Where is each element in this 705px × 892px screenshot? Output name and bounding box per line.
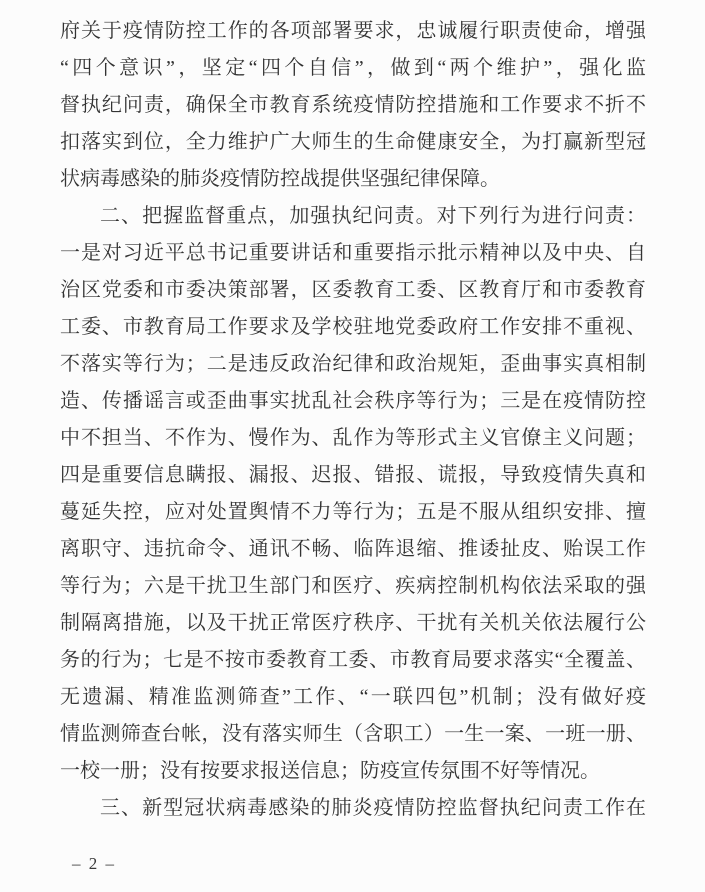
- text-line: 离职守、违抗命令、通讯不畅、临阵退缩、推诿扯皮、贻误工作: [60, 531, 646, 568]
- text-line: 治区党委和市委决策部署，区委教育工委、区教育厅和市委教育: [60, 272, 646, 309]
- text-line: “四个意识”，坚定“四个自信”，做到“两个维护”，强化监: [60, 50, 646, 87]
- text-line: 督执纪问责，确保全市教育系统疫情防控措施和工作要求不折不: [60, 87, 646, 124]
- document-body: 府关于疫情防控工作的各项部署要求，忠诚履行职责使命，增强 “四个意识”，坚定“四…: [60, 13, 646, 827]
- text-line: 中不担当、不作为、慢作为、乱作为等形式主义官僚主义问题；: [60, 420, 646, 457]
- text-line: 制隔离措施，以及干扰正常医疗秩序、干扰有关机关依法履行公: [60, 605, 646, 642]
- text-line: 一校一册；没有按要求报送信息；防疫宣传氛围不好等情况。: [60, 753, 646, 790]
- text-line: 四是重要信息瞒报、漏报、迟报、错报、谎报，导致疫情失真和: [60, 457, 646, 494]
- text-line-paragraph-start: 三、新型冠状病毒感染的肺炎疫情防控监督执纪问责工作在: [60, 790, 646, 827]
- text-line: 扣落实到位，全力维护广大师生的生命健康安全，为打赢新型冠: [60, 124, 646, 161]
- text-line: 情监测筛查台帐，没有落实师生（含职工）一生一案、一班一册、: [60, 716, 646, 753]
- document-page: 府关于疫情防控工作的各项部署要求，忠诚履行职责使命，增强 “四个意识”，坚定“四…: [0, 0, 705, 892]
- text-line: 一是对习近平总书记重要讲话和重要指示批示精神以及中央、自: [60, 235, 646, 272]
- text-line: 造、传播谣言或歪曲事实扰乱社会秩序等行为；三是在疫情防控: [60, 383, 646, 420]
- text-line: 工委、市教育局工作要求及学校驻地党委政府工作安排不重视、: [60, 309, 646, 346]
- text-line: 不落实等行为；二是违反政治纪律和政治规矩，歪曲事实真相制: [60, 346, 646, 383]
- text-line-paragraph-start: 二、把握监督重点，加强执纪问责。对下列行为进行问责：: [60, 198, 646, 235]
- text-line: 无遗漏、精准监测筛查”工作、“一联四包”机制；没有做好疫: [60, 679, 646, 716]
- text-line: 府关于疫情防控工作的各项部署要求，忠诚履行职责使命，增强: [60, 13, 646, 50]
- page-number: – 2 –: [72, 852, 116, 876]
- text-line: 状病毒感染的肺炎疫情防控战提供坚强纪律保障。: [60, 161, 646, 198]
- text-line: 务的行为；七是不按市委教育工委、市教育局要求落实“全覆盖、: [60, 642, 646, 679]
- text-line: 等行为；六是干扰卫生部门和医疗、疾病控制机构依法采取的强: [60, 568, 646, 605]
- text-line: 蔓延失控，应对处置舆情不力等行为；五是不服从组织安排、擅: [60, 494, 646, 531]
